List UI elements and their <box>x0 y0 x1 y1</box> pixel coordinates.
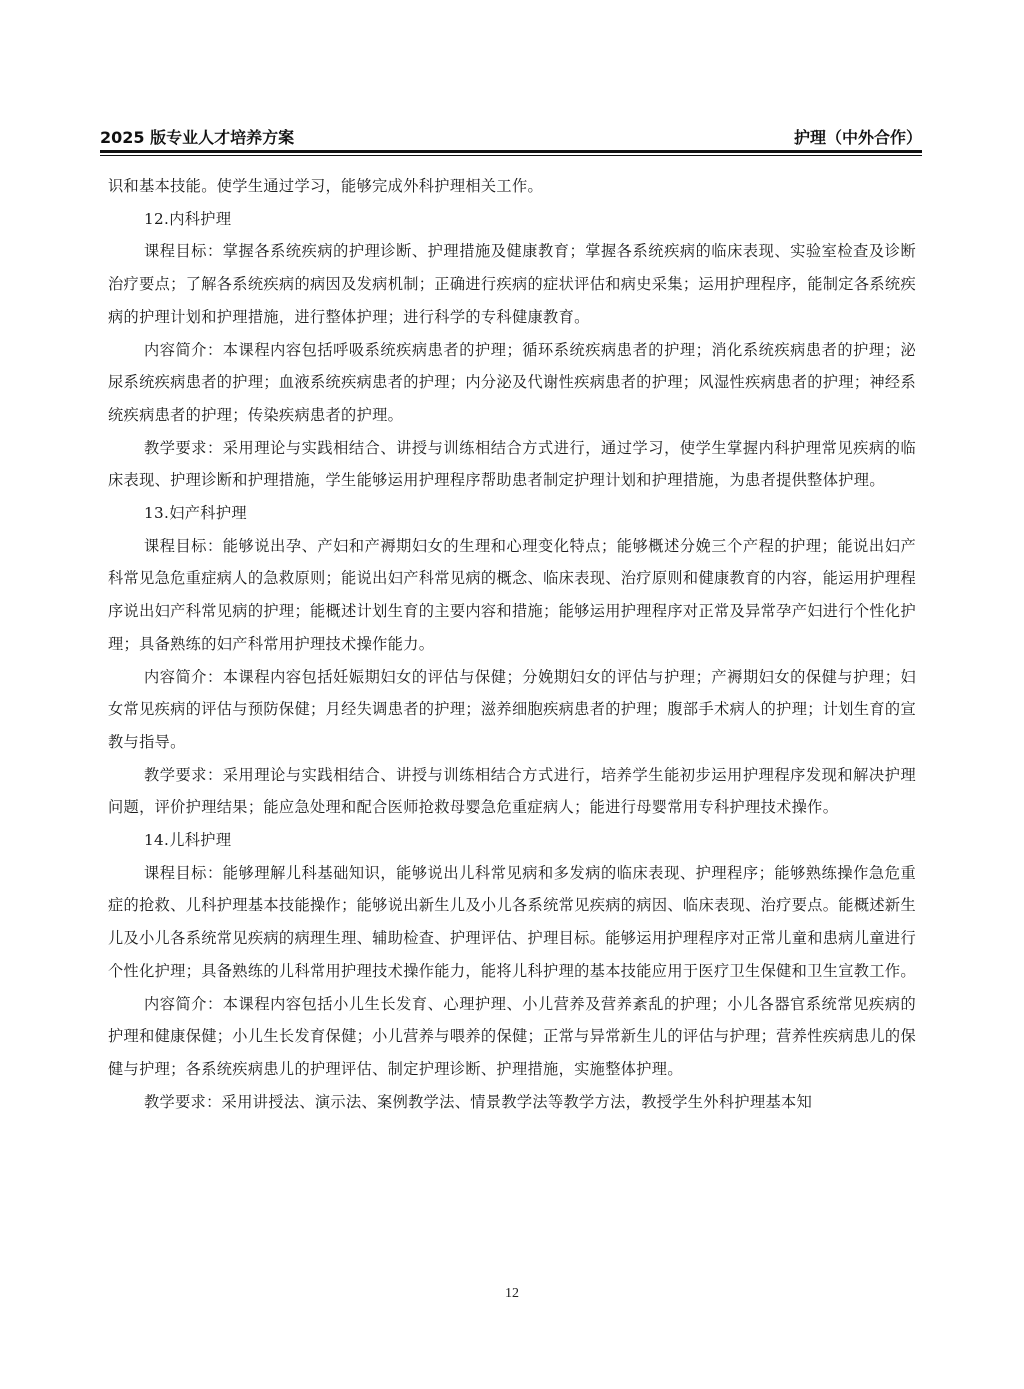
page-body: 识和基本技能。使学生通过学习，能够完成外科护理相关工作。 12.内科护理 课程目… <box>108 170 916 1118</box>
paragraph-course-objectives: 课程目标：能够说出孕、产妇和产褥期妇女的生理和心理变化特点；能够概述分娩三个产程… <box>108 530 916 661</box>
paragraph-course-objectives: 课程目标：掌握各系统疾病的护理诊断、护理措施及健康教育；掌握各系统疾病的临床表现… <box>108 235 916 333</box>
paragraph-teaching-requirements: 教学要求：采用理论与实践相结合、讲授与训练相结合方式进行，培养学生能初步运用护理… <box>108 759 916 824</box>
page-number: 12 <box>0 1286 1024 1302</box>
section-heading-pediatric-nursing: 14.儿科护理 <box>108 824 916 857</box>
section-heading-obstetrics-nursing: 13.妇产科护理 <box>108 497 916 530</box>
section-heading-internal-medicine-nursing: 12.内科护理 <box>108 203 916 236</box>
paragraph-course-content: 内容简介：本课程内容包括妊娠期妇女的评估与保健；分娩期妇女的评估与护理；产褥期妇… <box>108 661 916 759</box>
paragraph-continuation: 识和基本技能。使学生通过学习，能够完成外科护理相关工作。 <box>108 170 916 203</box>
header-program-name: 护理（中外合作） <box>794 125 922 148</box>
page-header: 2025 版专业人才培养方案 护理（中外合作） <box>100 124 922 148</box>
header-rule-thick <box>100 150 922 153</box>
paragraph-course-content: 内容简介：本课程内容包括呼吸系统疾病患者的护理；循环系统疾病患者的护理；消化系统… <box>108 334 916 432</box>
header-document-title: 2025 版专业人才培养方案 <box>100 125 294 148</box>
paragraph-teaching-requirements: 教学要求：采用理论与实践相结合、讲授与训练相结合方式进行，通过学习，使学生掌握内… <box>108 432 916 497</box>
header-rule-thin <box>100 155 922 156</box>
paragraph-course-content: 内容简介：本课程内容包括小儿生长发育、心理护理、小儿营养及营养紊乱的护理；小儿各… <box>108 988 916 1086</box>
paragraph-course-objectives: 课程目标：能够理解儿科基础知识，能够说出儿科常见病和多发病的临床表现、护理程序；… <box>108 857 916 988</box>
paragraph-teaching-requirements: 教学要求：采用讲授法、演示法、案例教学法、情景教学法等教学方法，教授学生外科护理… <box>108 1086 916 1119</box>
